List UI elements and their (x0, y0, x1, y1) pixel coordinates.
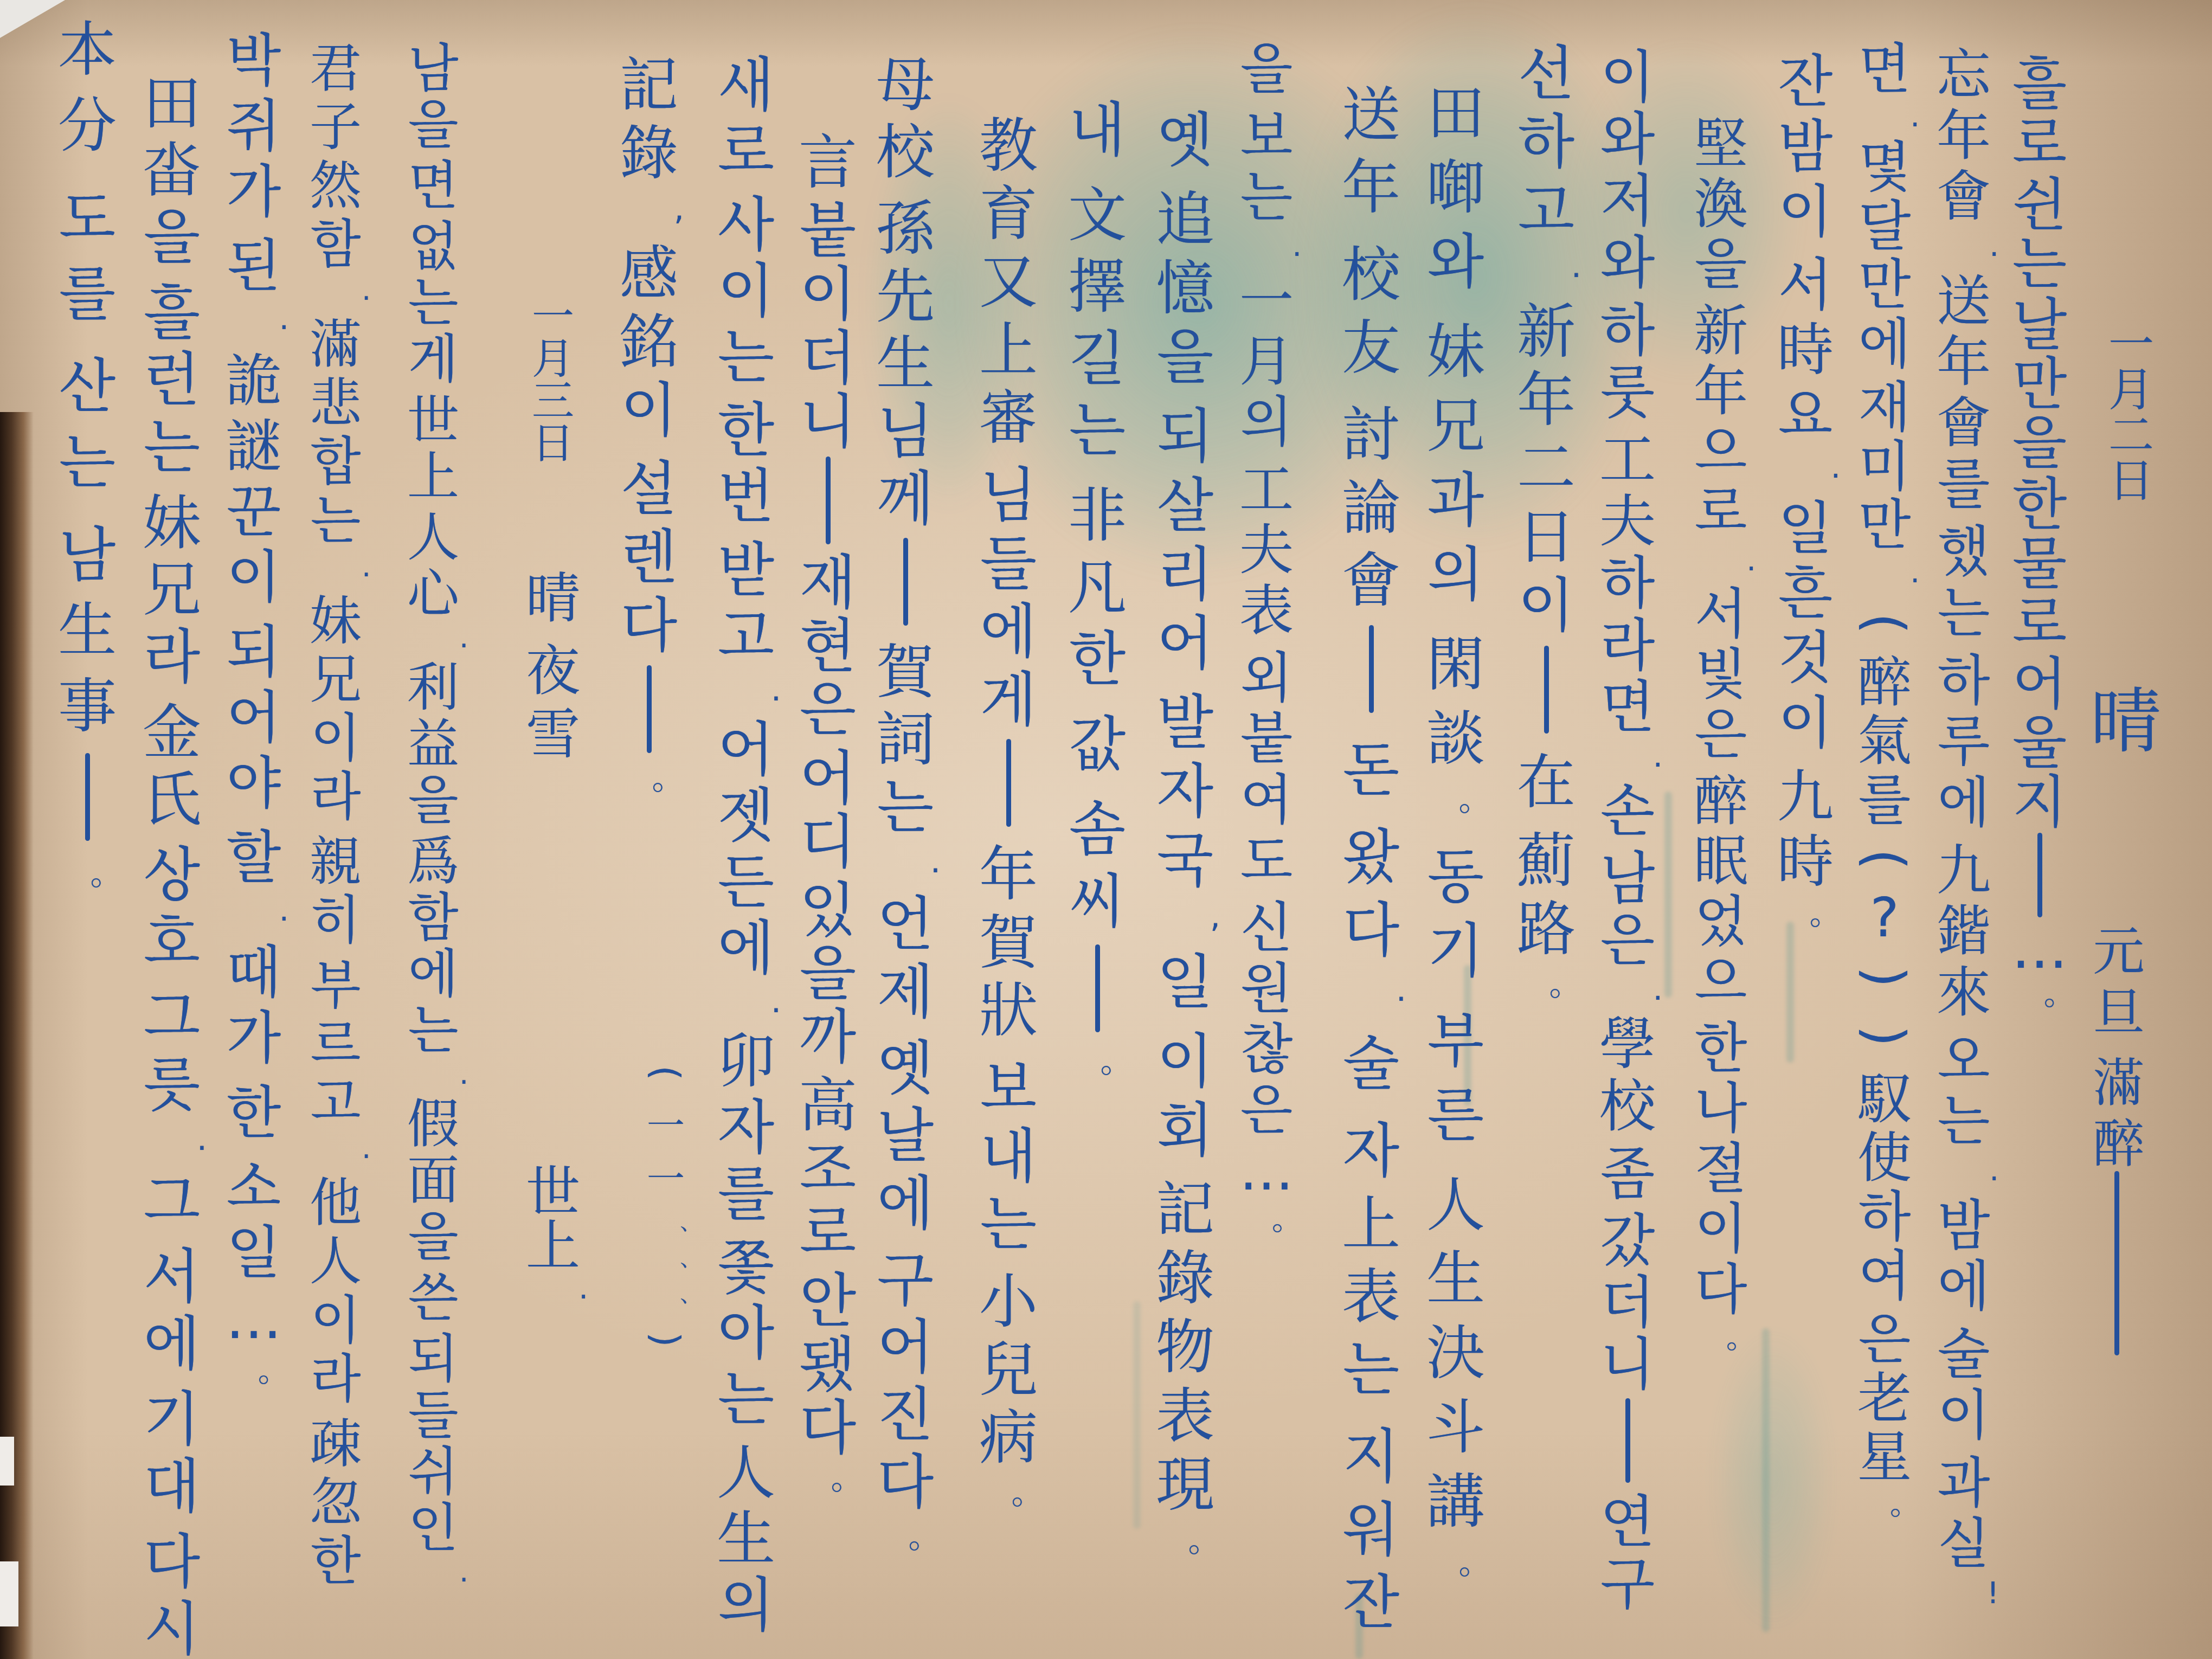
handwritten-glyph: 기 (144, 1391, 200, 1449)
handwritten-glyph: 는 (2012, 236, 2067, 292)
handwritten-glyph: 工 (1239, 462, 1294, 517)
handwritten-glyph: 滿 (310, 318, 362, 370)
handwritten-glyph: 일 (227, 1225, 281, 1281)
handwritten-glyph: 親 (310, 835, 362, 888)
handwritten-glyph: 、 (680, 1249, 701, 1270)
handwritten-glyph: 사 (718, 196, 774, 255)
handwritten-glyph: 쓴 (408, 1271, 459, 1323)
handwritten-glyph: 한 (1695, 1021, 1747, 1076)
handwritten-glyph: 은 (1600, 912, 1655, 969)
handwritten-glyph: 할 (227, 829, 281, 886)
handwritten-glyph: 使 (1857, 1131, 1912, 1185)
handwritten-glyph (1006, 739, 1011, 827)
handwritten-glyph: 堅 (1694, 117, 1748, 171)
handwritten-glyph: 재 (1859, 381, 1911, 435)
handwritten-glyph: 夫 (1599, 493, 1656, 550)
handwritten-glyph: 審 (979, 389, 1038, 448)
handwritten-glyph: 旦 (2093, 988, 2144, 1039)
handwritten-glyph: . (279, 304, 289, 335)
handwritten-glyph: 凡 (1068, 559, 1127, 618)
handwritten-glyph: 회 (1157, 1102, 1213, 1160)
handwritten-glyph: 와 (1600, 111, 1655, 168)
handwritten-glyph: 날 (877, 1107, 934, 1166)
handwritten-glyph: . (930, 846, 941, 878)
handwritten-glyph: 자 (718, 1099, 774, 1158)
handwritten-glyph: 실 (1938, 1517, 1990, 1571)
handwritten-glyph: . (1990, 1155, 1999, 1185)
handwritten-glyph: 남 (408, 42, 459, 94)
handwritten-glyph: 元 (2093, 927, 2144, 978)
handwritten-glyph: 三 (532, 381, 574, 423)
handwritten-glyph: 더 (800, 330, 856, 388)
handwritten-glyph: 益 (407, 718, 459, 770)
handwritten-glyph: 대 (144, 1458, 200, 1516)
handwritten-glyph: 좀 (1600, 1146, 1655, 1202)
handwritten-glyph: 에 (408, 948, 459, 1000)
handwritten-glyph: 。 (831, 1463, 863, 1495)
entry-date: 一月二日 (2096, 321, 2166, 504)
handwritten-glyph: 는 (718, 329, 774, 387)
handwritten-glyph: . (1653, 974, 1663, 1005)
handwritten-glyph: 다 (144, 1533, 200, 1592)
handwritten-glyph: 일 (1778, 500, 1832, 557)
handwritten-glyph: 討 (1342, 406, 1400, 465)
handwritten-glyph: 會 (1342, 552, 1400, 610)
handwritten-glyph: 면 (1600, 679, 1655, 736)
handwritten-glyph: 를 (59, 265, 115, 324)
handwritten-glyph: ( (647, 1065, 685, 1080)
handwritten-glyph: 이 (1778, 184, 1832, 240)
handwritten-glyph: 來 (1937, 966, 1991, 1020)
handwritten-glyph: 病 (979, 1409, 1038, 1468)
diary-line: 선하고.新年二日이在薊路。 (1511, 45, 1581, 1001)
handwritten-glyph: 一 (1239, 274, 1294, 328)
handwritten-glyph: 九 (1777, 769, 1834, 825)
handwritten-glyph: 談 (1426, 710, 1485, 769)
handwritten-glyph: 年 (1937, 109, 1991, 163)
handwritten-glyph: 되 (227, 624, 281, 680)
handwritten-glyph: 들 (408, 1389, 459, 1441)
handwritten-glyph: 。 (1459, 1547, 1491, 1579)
handwritten-glyph: 재 (800, 554, 856, 613)
handwritten-glyph: 醉 (1857, 655, 1912, 710)
handwritten-glyph: . (771, 674, 781, 706)
handwritten-glyph: 런 (144, 351, 200, 410)
entry-date: 一月三日 (518, 296, 588, 465)
handwritten-glyph: 와 (1600, 235, 1655, 291)
handwritten-glyph: 와 (1427, 233, 1484, 292)
handwritten-glyph: 과 (1427, 472, 1484, 530)
handwritten-glyph: 然 (310, 159, 362, 211)
handwritten-glyph: 夜 (526, 644, 580, 698)
handwritten-glyph: 一 (532, 296, 574, 338)
handwritten-glyph: . (459, 624, 468, 653)
handwritten-glyph: 。 (1272, 1205, 1302, 1234)
handwritten-glyph: 送 (1937, 274, 1991, 329)
handwritten-glyph: 이 (1778, 695, 1832, 751)
handwritten-glyph: 閑 (1426, 636, 1485, 695)
handwritten-glyph: 世 (407, 394, 459, 446)
handwritten-glyph: 의 (718, 1577, 774, 1635)
handwritten-glyph: 서 (1695, 587, 1747, 641)
handwritten-glyph: 年 (1694, 364, 1748, 419)
handwritten-glyph: . (579, 1274, 588, 1303)
handwritten-glyph: 日 (1517, 509, 1576, 567)
handwritten-glyph (1095, 944, 1100, 1032)
handwritten-glyph: 합 (311, 435, 361, 487)
handwritten-glyph: 현 (800, 618, 856, 676)
handwritten-glyph: 。 (1101, 1046, 1133, 1078)
handwritten-glyph: 만 (1859, 258, 1911, 312)
handwritten-glyph: 路 (1517, 901, 1576, 959)
handwritten-glyph: 에 (718, 919, 774, 978)
handwritten-glyph: 孫 (876, 200, 935, 259)
handwritten-glyph: 부 (311, 959, 361, 1011)
handwritten-glyph: 斗 (1426, 1399, 1485, 1457)
handwritten-glyph: 찮 (1240, 1023, 1293, 1077)
handwritten-glyph: 新 (1517, 303, 1576, 362)
diary-line: 남을면없는게世上人心.利益을爲함에는.假面을쓴되들쉬인. (398, 42, 468, 1587)
handwritten-glyph: 고 (1518, 182, 1574, 241)
handwritten-glyph: 만 (1859, 498, 1911, 552)
handwritten-glyph: 忽 (310, 1476, 362, 1528)
handwritten-glyph: 新 (1694, 304, 1748, 358)
diary-line: 言붙이더니재현은어디있을까高조로안됐다。 (793, 134, 863, 1495)
bleed-through-stain (1713, 1328, 1832, 1632)
handwritten-glyph: 라 (311, 1353, 361, 1405)
diary-line: 忘年會.送年會를했는하루에九鍇來오는.밤에술이과실! (1928, 48, 1999, 1608)
handwritten-glyph: 。 (1188, 1525, 1220, 1557)
handwritten-glyph: . (197, 1123, 207, 1155)
handwritten-glyph: 時 (1777, 322, 1834, 378)
handwritten-glyph: ? (1870, 891, 1899, 945)
handwritten-glyph: , (1210, 901, 1220, 933)
handwritten-glyph: 밤 (1938, 1199, 1990, 1253)
handwritten-glyph: 길 (1069, 330, 1126, 389)
handwritten-glyph (826, 456, 831, 544)
handwritten-glyph: … (1239, 1144, 1294, 1198)
handwritten-glyph: 꾼 (227, 484, 281, 541)
handwritten-glyph: 달 (1859, 200, 1911, 254)
handwritten-glyph: 이 (1938, 1388, 1990, 1443)
handwritten-glyph: 上 (526, 1219, 580, 1274)
handwritten-glyph: 그 (144, 1173, 200, 1231)
handwritten-glyph: 게 (408, 333, 459, 385)
handwritten-glyph: 나 (1695, 1082, 1747, 1136)
handwritten-glyph: 로 (1695, 485, 1747, 539)
handwritten-glyph: 教 (979, 117, 1038, 176)
handwritten-glyph: 君 (310, 42, 362, 94)
handwritten-glyph: 表 (1239, 584, 1294, 638)
handwritten-glyph: 賀 (876, 644, 935, 702)
handwritten-glyph: 送 (1342, 86, 1400, 145)
handwritten-glyph: 을 (1157, 329, 1213, 387)
handwritten-glyph: 生 (717, 1510, 775, 1569)
closing-mark: (一一、、、) (631, 1054, 701, 1359)
handwritten-glyph: 田 (1426, 85, 1485, 143)
handwritten-glyph: 조 (800, 1141, 856, 1199)
handwritten-glyph: 에 (877, 1175, 934, 1233)
handwritten-glyph: 니 (1600, 1336, 1655, 1393)
handwritten-glyph: 에 (1938, 1259, 1990, 1314)
handwritten-glyph: 어 (800, 750, 856, 808)
handwritten-glyph: 妹 (310, 595, 362, 647)
diary-page: 一月二日 晴 元旦滿醉 흘로쉰는날만을한물로어울지…。 忘年會.送年會를했는하루… (0, 0, 2212, 1659)
handwritten-glyph: 高 (799, 1077, 857, 1135)
handwritten-glyph: 빛 (1695, 647, 1747, 702)
handwritten-glyph: 밤 (1778, 119, 1832, 175)
handwritten-glyph: 가 (227, 1010, 281, 1066)
handwritten-glyph: 錄 (1156, 1250, 1214, 1308)
handwritten-glyph: 先 (876, 268, 935, 326)
handwritten-glyph: 인 (408, 1502, 459, 1554)
handwritten-glyph: 이 (311, 712, 361, 764)
handwritten-glyph: 感 (620, 245, 678, 304)
handwritten-glyph: 眠 (1694, 834, 1748, 889)
handwritten-glyph: 。 (258, 1356, 289, 1387)
handwritten-glyph: 로 (2012, 595, 2067, 651)
handwritten-glyph: 上 (1342, 1195, 1400, 1254)
diary-line: 박쥐가된.詭謎꾼이되어야할.때가한소일…。 (218, 33, 289, 1387)
handwritten-glyph: 錄 (620, 125, 678, 183)
handwritten-glyph: 상 (144, 846, 200, 905)
bleed-through-stroke (1762, 1328, 1770, 1632)
handwritten-glyph: . (459, 1558, 468, 1587)
handwritten-glyph: 여 (1240, 773, 1293, 827)
diary-line: 을보는.一月의工夫表외붙여도신원찮은…。 (1231, 42, 1302, 1234)
handwritten-glyph: 룻 (1600, 364, 1655, 421)
handwritten-glyph: 分 (58, 97, 117, 156)
handwritten-glyph: 게 (980, 671, 1037, 730)
handwritten-glyph: 으 (1695, 955, 1747, 1009)
handwritten-glyph: 表 (1156, 1387, 1214, 1446)
handwritten-glyph: 값 (1069, 716, 1126, 774)
handwritten-glyph: 一 (647, 1107, 685, 1145)
handwritten-glyph: 는 (408, 276, 459, 329)
handwritten-glyph: 더 (1600, 1275, 1655, 1331)
handwritten-glyph: 。 (91, 858, 123, 890)
handwritten-glyph: 릇 (144, 1056, 200, 1115)
handwritten-glyph: 을 (408, 99, 459, 151)
handwritten-glyph: 디 (800, 813, 856, 872)
handwritten-glyph: 기 (1427, 922, 1484, 981)
handwritten-glyph: 表 (1342, 1268, 1400, 1327)
handwritten-glyph: 의 (1240, 395, 1293, 449)
handwritten-glyph (1625, 1398, 1630, 1483)
handwritten-glyph: 저 (1600, 173, 1655, 229)
handwritten-glyph: 원 (1240, 962, 1293, 1016)
handwritten-glyph: 會 (1937, 170, 1991, 224)
handwritten-glyph: 부 (1427, 1012, 1484, 1071)
handwritten-glyph: . (771, 986, 781, 1018)
handwritten-glyph: 學 (1599, 1016, 1656, 1072)
handwritten-glyph (903, 538, 908, 626)
handwritten-glyph: 히 (311, 894, 361, 946)
handwritten-glyph: … (2011, 920, 2068, 976)
bleed-through-stroke (1786, 922, 1794, 1063)
handwritten-glyph: 을 (2012, 415, 2067, 472)
diary-line: 옛追憶을되살리어발자국,일이회記錄物表現。 (1150, 112, 1220, 1558)
handwritten-glyph: 을 (1240, 42, 1293, 97)
handwritten-glyph: 니 (800, 393, 856, 452)
handwritten-glyph: 小 (979, 1273, 1038, 1332)
handwritten-glyph: 生 (1426, 1250, 1485, 1309)
handwritten-glyph: 내 (1069, 101, 1126, 160)
handwritten-glyph: 子 (310, 101, 362, 153)
handwritten-glyph: 아 (718, 1304, 774, 1363)
torn-edge-chip (0, 1561, 18, 1626)
handwritten-glyph: 言 (799, 134, 857, 192)
handwritten-glyph: 校 (1599, 1078, 1656, 1135)
handwritten-glyph: 本 (58, 21, 117, 80)
handwritten-glyph: 었 (1695, 895, 1747, 949)
handwritten-glyph: 루 (1938, 715, 1990, 769)
handwritten-glyph: 선 (1518, 45, 1574, 104)
handwritten-glyph: 이 (227, 549, 281, 606)
handwritten-glyph: 요 (1778, 387, 1832, 443)
handwritten-glyph (1544, 646, 1549, 734)
handwritten-glyph: 들 (980, 535, 1037, 594)
handwritten-glyph: 박 (227, 33, 281, 89)
handwritten-glyph: 다 (800, 1399, 856, 1458)
handwritten-glyph: 生 (58, 602, 117, 660)
handwritten-glyph: 二 (1517, 440, 1576, 498)
handwritten-glyph: 발 (1157, 694, 1213, 753)
handwritten-glyph: . (1747, 545, 1756, 575)
handwritten-glyph: 흔 (1778, 565, 1832, 622)
handwritten-glyph: 世 (526, 1165, 580, 1219)
handwritten-glyph: 校 (1342, 246, 1400, 305)
handwritten-glyph: 狀 (979, 982, 1038, 1040)
handwritten-glyph: 워 (1343, 1501, 1399, 1560)
handwritten-glyph: 씨 (1069, 873, 1126, 931)
handwritten-glyph: 薊 (1517, 832, 1576, 891)
handwritten-glyph: 夫 (1239, 523, 1294, 577)
handwritten-glyph: 生 (876, 335, 935, 394)
handwritten-glyph: 다 (1343, 902, 1399, 960)
handwritten-glyph: 는 (1343, 1341, 1399, 1399)
handwritten-glyph: 다 (621, 597, 677, 655)
handwritten-glyph: 馭 (1857, 1072, 1912, 1127)
handwritten-glyph: . (459, 1060, 468, 1089)
handwritten-glyph: 산 (59, 358, 115, 416)
handwritten-glyph: 옛 (877, 1040, 934, 1098)
handwritten-glyph: 국 (1157, 832, 1213, 890)
handwritten-glyph: . (1571, 250, 1581, 282)
handwritten-glyph: 는 (1938, 586, 1990, 640)
handwritten-glyph: 한 (311, 1535, 361, 1587)
handwritten-glyph: 이 (1518, 577, 1574, 635)
handwritten-glyph: 도 (1240, 834, 1293, 888)
handwritten-glyph: 。 (1012, 1477, 1044, 1509)
handwritten-glyph: 돈 (1343, 741, 1399, 800)
handwritten-glyph: 외 (1240, 651, 1293, 705)
handwritten-glyph: 옛 (1157, 112, 1213, 170)
handwritten-glyph: 渙 (1694, 177, 1748, 232)
bleed-through-stroke (1133, 1301, 1141, 1529)
diary-line: 母校孫先生님께賀詞는.언제옛날에구어진다。 (870, 56, 941, 1553)
handwritten-glyph: 술 (1938, 1327, 1990, 1381)
handwritten-glyph: 上 (979, 321, 1038, 380)
handwritten-glyph: 께 (877, 470, 934, 529)
handwritten-glyph: 서 (144, 1248, 200, 1307)
handwritten-glyph: 하 (1859, 1190, 1911, 1244)
handwritten-glyph: 몇 (1859, 140, 1911, 195)
handwritten-glyph: 되 (1157, 408, 1213, 466)
handwritten-glyph: 하 (1938, 654, 1990, 708)
handwritten-glyph: 이 (1157, 1033, 1213, 1091)
handwritten-glyph: 는 (1240, 170, 1293, 224)
handwritten-glyph: 미 (1859, 440, 1911, 494)
handwritten-glyph: 上 (407, 451, 459, 503)
handwritten-glyph: , (674, 193, 684, 225)
handwritten-glyph: 은 (1859, 1313, 1911, 1367)
handwritten-glyph: 됐 (800, 1336, 856, 1394)
handwritten-glyph: 다 (877, 1454, 934, 1512)
handwritten-glyph: 人 (310, 1235, 362, 1287)
handwritten-glyph: 。 (1549, 969, 1581, 1001)
handwritten-glyph: 날 (2012, 297, 2067, 353)
handwritten-glyph: 했 (1938, 525, 1990, 579)
handwritten-glyph: 는 (718, 1371, 774, 1429)
handwritten-glyph: 진 (877, 1386, 934, 1445)
handwritten-glyph: 兄 (1426, 397, 1485, 456)
handwritten-glyph: 氏 (143, 771, 201, 829)
handwritten-glyph: 妹 (1426, 323, 1485, 382)
handwritten-glyph: 것 (1778, 630, 1832, 686)
handwritten-glyph: 는 (1069, 402, 1126, 460)
handwritten-glyph: 賀 (979, 914, 1038, 973)
handwritten-glyph: 물 (2012, 536, 2067, 592)
handwritten-glyph: 。 (2044, 979, 2075, 1010)
handwritten-glyph: 爲 (407, 835, 459, 887)
handwritten-glyph: 어 (2012, 656, 2067, 712)
handwritten-glyph: 한 (718, 402, 774, 460)
handwritten-glyph: 憶 (1156, 260, 1214, 318)
handwritten-glyph: 로 (800, 1204, 856, 1263)
handwritten-glyph: . (1831, 452, 1841, 483)
diary-line: 本分도를산는남生事。 (52, 21, 123, 890)
handwritten-glyph: 리 (1157, 546, 1213, 605)
handwritten-glyph: 남 (59, 526, 115, 585)
handwritten-glyph: 오 (1938, 1033, 1990, 1088)
handwritten-glyph: 二 (2108, 413, 2154, 458)
handwritten-glyph: 老 (1857, 1372, 1912, 1426)
handwritten-glyph: 이 (718, 262, 774, 321)
handwritten-glyph: 物 (1156, 1319, 1214, 1377)
handwritten-glyph: 로 (718, 123, 774, 181)
handwritten-glyph: 젯 (718, 787, 774, 846)
handwritten-glyph: 도 (59, 190, 115, 248)
handwritten-glyph: 가 (227, 164, 281, 220)
handwritten-glyph: 晴 (526, 571, 580, 626)
handwritten-glyph: 잔 (1778, 54, 1832, 110)
handwritten-glyph: 記 (620, 56, 678, 115)
handwritten-glyph: 兒 (979, 1341, 1038, 1400)
handwritten-glyph: 보 (980, 1059, 1037, 1118)
handwritten-glyph: 언 (877, 896, 934, 954)
handwritten-glyph: 田 (143, 75, 201, 133)
handwritten-glyph: 어 (877, 1319, 934, 1377)
handwritten-glyph: 滿 (2093, 1058, 2144, 1110)
handwritten-glyph: 된 (227, 238, 281, 294)
handwritten-glyph: 現 (1156, 1456, 1214, 1515)
handwritten-glyph: 育 (979, 185, 1038, 244)
handwritten-glyph: 이 (800, 266, 856, 324)
handwritten-glyph: 흘 (2012, 56, 2067, 113)
handwritten-glyph: 님 (980, 467, 1037, 525)
handwritten-glyph: 한 (227, 1085, 281, 1141)
